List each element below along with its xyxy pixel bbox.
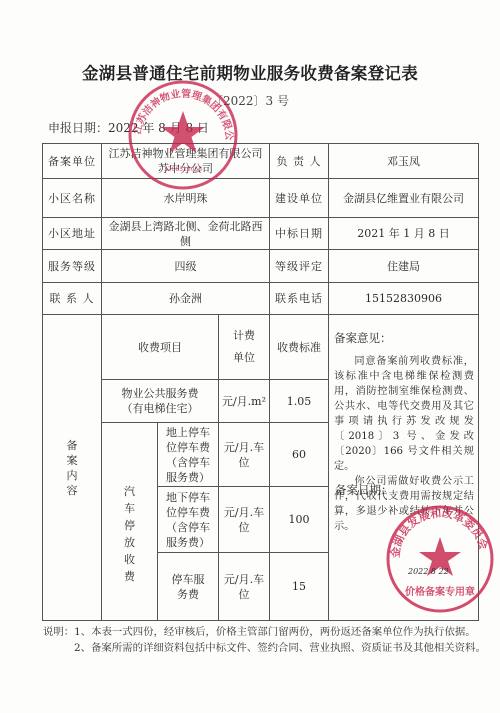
community-name-label: 小区名称 (43, 179, 102, 218)
section-label-filing-content: 备 案 内 容 (43, 315, 102, 621)
unit-line1: 元/月.车 (221, 505, 267, 520)
notes: 说明：1、本表一式四份，经审核后，价格主管部门留两份，两份返还备案单位作为执行依… (43, 624, 486, 656)
document-title: 金湖县普通住宅前期物业服务收费备案登记表 (0, 60, 500, 84)
parking-item-name: 地下停车位停车费（含停车服务费） (158, 487, 219, 553)
community-address-value: 金湖县上湾路北侧、金荷北路西侧 (102, 218, 270, 250)
apply-date-value: 2022 年 8 月 8 日 (108, 121, 209, 135)
parking-item-unit: 元/月.车 位 (219, 487, 270, 553)
parking-char: 汽 (104, 483, 155, 500)
filing-opinion: 备案意见： 同意备案前列收费标准，该标准中含电梯维保检测费用，消防控制室维保检测… (329, 315, 479, 621)
filing-date: 备案日期： (335, 483, 393, 498)
unit-line2: 位 (221, 587, 267, 602)
filing-unit-line1: 江苏洁神物业管理集团有限公司 (104, 146, 267, 161)
parking-char: 停 (104, 517, 155, 534)
row-service-level: 服务等级 四级 等级评定 住建局 (43, 250, 479, 283)
note-2: 2、备案所需的详细资料包括中标文件、签约合同、营业执照、资质证书及其他相关资料。 (43, 640, 486, 656)
public-service-fee-unit: 元/月.m² (219, 380, 270, 423)
person-in-charge-value: 邓玉凤 (329, 144, 479, 179)
apply-date: 申报日期：2022 年 8 月 8 日 (48, 119, 209, 136)
public-service-name-line2: （有电梯住宅） (104, 401, 216, 416)
section-char: 备 (45, 438, 99, 453)
opinion-heading: 备案意见： (334, 331, 474, 346)
parking-item-standard: 100 (270, 487, 329, 553)
phone-label: 联系电话 (270, 283, 329, 315)
header-unit-line2: 单位 (221, 347, 267, 369)
unit-line2: 位 (221, 520, 267, 535)
developer-value: 金湖县亿维置业有限公司 (329, 179, 479, 218)
apply-date-label: 申报日期： (48, 121, 108, 135)
developer-label: 建设单位 (270, 179, 329, 218)
parking-item-name: 地上停车位停车费（含停车服务费） (158, 423, 219, 487)
phone-value: 15152830906 (329, 283, 479, 315)
opinion-paragraph-1: 同意备案前列收费标准，该标准中含电梯维保检测费用，消防控制室维保检测费、公共水、… (334, 354, 474, 474)
parking-item-standard: 15 (270, 553, 329, 621)
parking-item-name: 停车服务费 (158, 553, 219, 621)
section-char: 案 (45, 453, 99, 468)
parking-char: 放 (104, 534, 155, 551)
parking-char: 收 (104, 551, 155, 568)
row-community-name: 小区名称 水岸明珠 建设单位 金湖县亿维置业有限公司 (43, 179, 479, 218)
row-community-address: 小区地址 金湖县上湾路北侧、金荷北路西侧 中标日期 2021 年 1 月 8 日 (43, 218, 479, 250)
public-service-fee-name: 物业公共服务费 （有电梯住宅） (102, 380, 219, 423)
public-service-fee-standard: 1.05 (270, 380, 329, 423)
parking-group-label: 汽 车 停 放 收 费 (102, 423, 158, 621)
bid-date-label: 中标日期 (270, 218, 329, 250)
community-address-label: 小区地址 (43, 218, 102, 250)
row-fee-header: 备 案 内 容 收费项目 计费 单位 收费标准 备案意见： 同意备案前列收费标准… (43, 315, 479, 380)
section-char: 容 (45, 483, 99, 498)
level-assessment-value: 住建局 (329, 250, 479, 283)
document-number: 〔2022〕3 号 (0, 92, 500, 109)
header-billing-unit: 计费 单位 (219, 315, 270, 380)
parking-char: 车 (104, 500, 155, 517)
filing-unit-value: 江苏洁神物业管理集团有限公司 苏中分公司 (102, 144, 270, 179)
unit-line1: 元/月.车 (221, 440, 267, 455)
parking-item-unit: 元/月.车 位 (219, 553, 270, 621)
bid-date-value: 2021 年 1 月 8 日 (329, 218, 479, 250)
section-char: 内 (45, 468, 99, 483)
filing-date-label: 备案日期： (335, 483, 393, 497)
note-1: 说明：1、本表一式四份，经审核后，价格主管部门留两份，两份返还备案单位作为执行依… (43, 624, 486, 640)
header-fee-item: 收费项目 (102, 315, 219, 380)
header-fee-standard: 收费标准 (270, 315, 329, 380)
registration-form-table: 备案单位 江苏洁神物业管理集团有限公司 苏中分公司 负 责 人 邓玉凤 小区名称… (42, 143, 479, 621)
row-contact: 联 系 人 孙金洲 联系电话 15152830906 (43, 283, 479, 315)
parking-item-unit: 元/月.车 位 (219, 423, 270, 487)
filing-unit-line2: 苏中分公司 (104, 161, 267, 176)
filing-unit-label: 备案单位 (43, 144, 102, 179)
header-unit-line1: 计费 (221, 325, 267, 347)
service-level-value: 四级 (102, 250, 270, 283)
service-level-label: 服务等级 (43, 250, 102, 283)
person-in-charge-label: 负 责 人 (270, 144, 329, 179)
community-name-value: 水岸明珠 (102, 179, 270, 218)
public-service-name-line1: 物业公共服务费 (104, 386, 216, 401)
contact-label: 联 系 人 (43, 283, 102, 315)
parking-char: 费 (104, 568, 155, 585)
parking-item-standard: 60 (270, 423, 329, 487)
level-assessment-label: 等级评定 (270, 250, 329, 283)
unit-line1: 元/月.车 (221, 572, 267, 587)
contact-value: 孙金洲 (102, 283, 270, 315)
unit-line2: 位 (221, 455, 267, 470)
row-filing-unit: 备案单位 江苏洁神物业管理集团有限公司 苏中分公司 负 责 人 邓玉凤 (43, 144, 479, 179)
